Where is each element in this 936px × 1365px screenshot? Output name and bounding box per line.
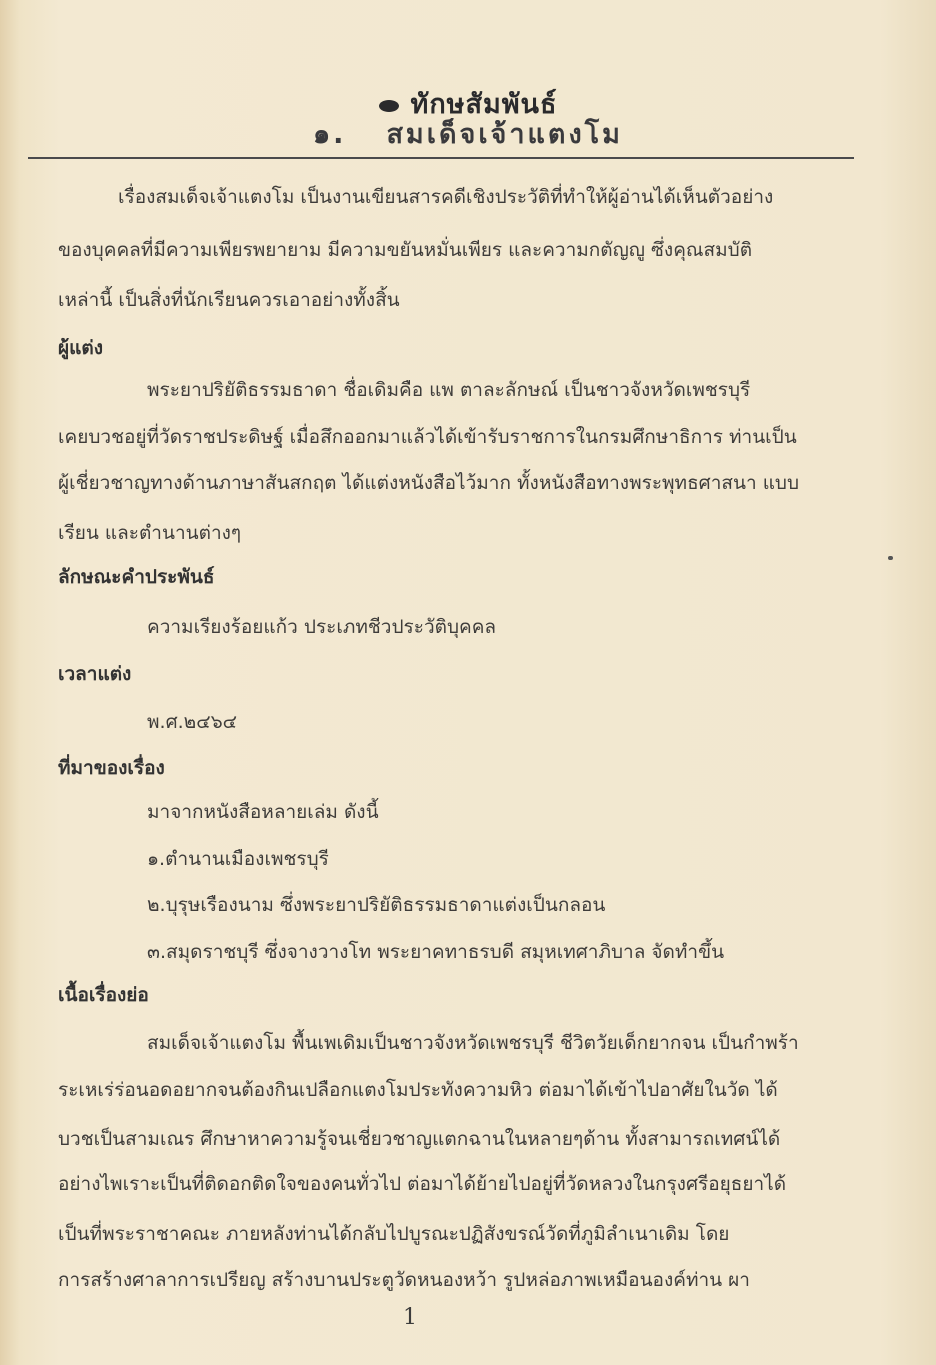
author-line: เคยบวชอยู่ที่วัดราชประดิษฐ์ เมื่อสึกออกม… bbox=[58, 425, 797, 449]
summary-line: สมเด็จเจ้าแตงโม พื้นเพเดิมเป็นชาวจังหวัด… bbox=[147, 1031, 799, 1055]
title-divider bbox=[28, 157, 854, 159]
intro-line: เหล่านี้ เป็นสิ่งที่นักเรียนควรเอาอย่างท… bbox=[58, 288, 400, 312]
section-heading-type: ลักษณะคำประพันธ์ bbox=[58, 565, 214, 589]
section-heading-date: เวลาแต่ง bbox=[58, 662, 131, 686]
bullet-icon bbox=[379, 100, 399, 112]
page-number: 1 bbox=[0, 1305, 820, 1330]
section-heading-summary: เนื้อเรื่องย่อ bbox=[58, 983, 149, 1007]
summary-line: ระเหเร่ร่อนอดอยากจนต้องกินเปลือกแตงโมประ… bbox=[58, 1078, 778, 1102]
section-heading-source: ที่มาของเรื่อง bbox=[58, 756, 165, 780]
author-line: ผู้เชี่ยวชาญทางด้านภาษาสันสกฤต ได้แต่งหน… bbox=[58, 471, 799, 495]
source-item: ๑.ตำนานเมืองเพชรบุรี bbox=[147, 847, 329, 871]
story-title: ๑.สมเด็จเจ้าแตงโม bbox=[0, 112, 936, 155]
story-number: ๑. bbox=[313, 119, 346, 150]
paper-speck bbox=[888, 556, 893, 560]
source-item: ๒.บุรุษเรืองนาม ซึ่งพระยาปริยัติธรรมธาดา… bbox=[147, 893, 605, 917]
source-item: ๓.สมุดราชบุรี ซึ่งจางวางโท พระยาคทาธรบดี… bbox=[147, 940, 724, 964]
type-value: ความเรียงร้อยแก้ว ประเภทชีวประวัติบุคคล bbox=[147, 615, 496, 639]
source-intro: มาจากหนังสือหลายเล่ม ดังนี้ bbox=[147, 800, 379, 824]
summary-line: บวชเป็นสามเณร ศึกษาหาความรู้จนเชี่ยวชาญแ… bbox=[58, 1127, 780, 1151]
summary-line: อย่างไพเราะเป็นที่ติดอกติดใจของคนทั่วไป … bbox=[58, 1172, 786, 1196]
author-line: พระยาปริยัติธรรมธาดา ชื่อเดิมคือ แพ ตาละ… bbox=[147, 378, 750, 402]
book-page: ทักษสัมพันธ์ ๑.สมเด็จเจ้าแตงโม เรื่องสมเ… bbox=[0, 0, 936, 1365]
date-value: พ.ศ.๒๔๖๔ bbox=[147, 710, 237, 734]
intro-line: เรื่องสมเด็จเจ้าแตงโม เป็นงานเขียนสารคดี… bbox=[118, 185, 773, 209]
summary-line: เป็นที่พระราชาคณะ ภายหลังท่านได้กลับไปบู… bbox=[58, 1222, 729, 1246]
section-heading-author: ผู้แต่ง bbox=[58, 336, 103, 360]
author-line: เรียน และตำนานต่างๆ bbox=[58, 521, 241, 545]
summary-line: การสร้างศาลาการเปรียญ สร้างบานประตูวัดหน… bbox=[58, 1268, 750, 1292]
intro-line: ของบุคคลที่มีความเพียรพยายาม มีความขยันห… bbox=[58, 238, 752, 262]
story-title-text: สมเด็จเจ้าแตงโม bbox=[386, 119, 623, 150]
